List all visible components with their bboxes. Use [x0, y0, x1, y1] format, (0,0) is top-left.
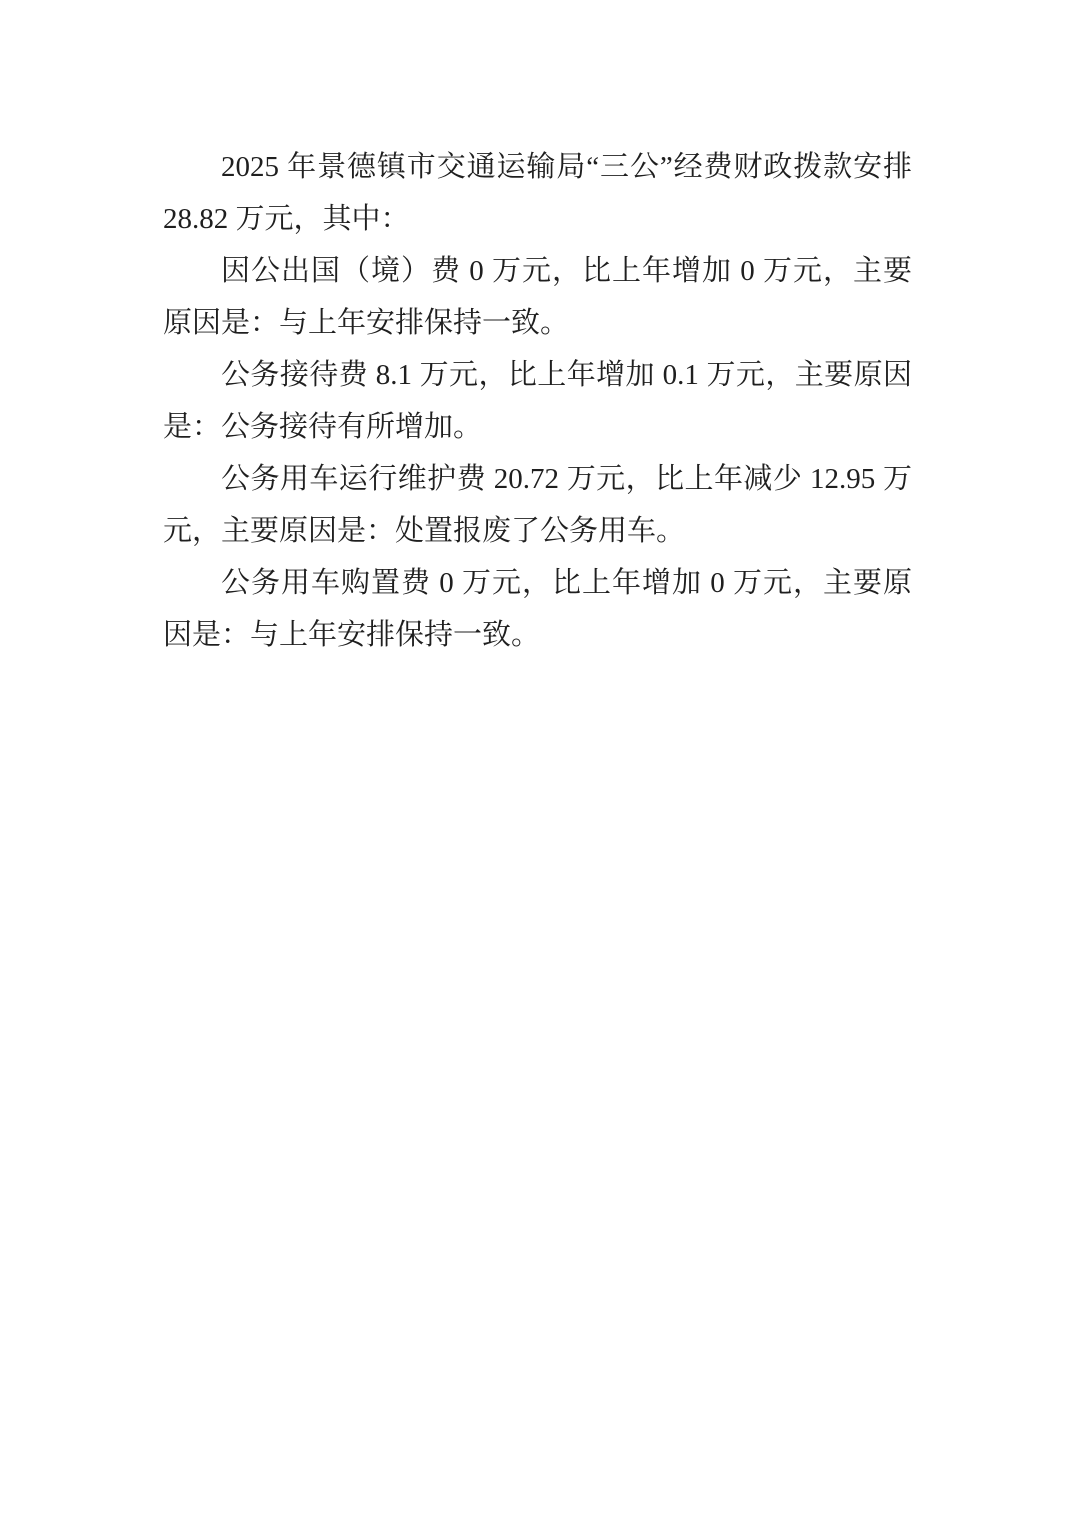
paragraph-funding-summary: 2025 年景德镇市交通运输局“三公”经费财政拨款安排 28.82 万元，其中：	[163, 141, 912, 245]
document-body: 2025 年景德镇市交通运输局“三公”经费财政拨款安排 28.82 万元，其中：…	[163, 141, 912, 661]
paragraph-official-reception-expense: 公务接待费 8.1 万元，比上年增加 0.1 万元，主要原因是：公务接待有所增加…	[163, 349, 912, 453]
document-page: 2025 年景德镇市交通运输局“三公”经费财政拨款安排 28.82 万元，其中：…	[0, 0, 1074, 1520]
paragraph-vehicle-operation-expense: 公务用车运行维护费 20.72 万元，比上年减少 12.95 万元，主要原因是：…	[163, 453, 912, 557]
paragraph-vehicle-purchase-expense: 公务用车购置费 0 万元，比上年增加 0 万元，主要原因是：与上年安排保持一致。	[163, 557, 912, 661]
paragraph-overseas-travel-expense: 因公出国（境）费 0 万元，比上年增加 0 万元，主要原因是：与上年安排保持一致…	[163, 245, 912, 349]
